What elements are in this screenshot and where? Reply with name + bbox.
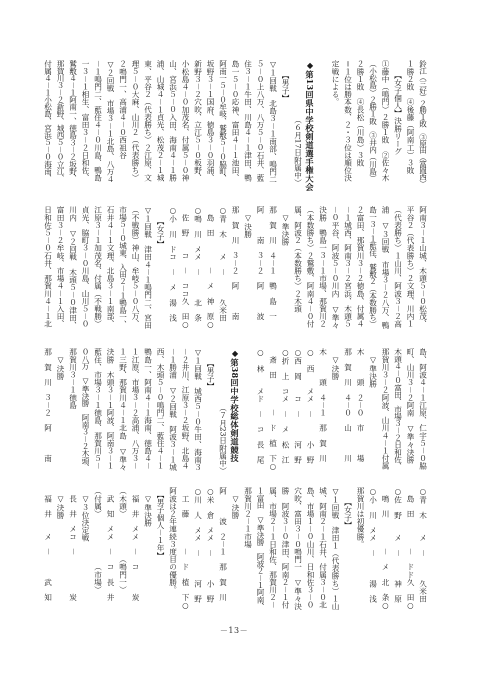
text-column: ▽１回戦 北島３－１南部、鳴門二 [266, 60, 279, 186]
text-column: 小松島４－０加茂名、付属５－０神 [179, 60, 192, 186]
text-column: ２富田、那賀川３－２徳島、付属４ [354, 206, 367, 332]
text-column: 日和佐５－０石井、那賀川４－１北 [41, 206, 54, 332]
match-result: 那 賀 川 ４－０ 山 川 [341, 348, 354, 474]
bout-line: ○ 西 メメ － 小 野 [304, 348, 317, 474]
bout-line: 工 藤 － ド 植 下○ [179, 487, 192, 613]
round-label: ▽決勝 [229, 487, 242, 613]
text-column: 藍住、市場３－１徳島、那賀川５－ [91, 348, 104, 474]
text-column: 石井４－１文理、北島３－１南部、 [104, 206, 117, 332]
text-column: 平谷２（代表勝ち）２文理、川内１ [404, 206, 417, 332]
match-result: 那 賀 川 ３－２ 阿 南 [229, 206, 242, 332]
category-label: 【女子】 [341, 487, 354, 613]
text-column: 町、山川３－２阿南 ▽準々決勝 [404, 348, 417, 474]
round-label: ▽決勝 [329, 348, 342, 474]
text-column: ▽１回戦 城西５－０牛田、海南３ [191, 348, 204, 474]
text-column: （本数勝ち）２鷲敷、阿南４－０付 [304, 206, 317, 332]
text-column: －０平谷、阿波５－０川内 ▽準々 [329, 206, 342, 332]
blank-column: ​ [241, 348, 254, 474]
bout-line: 福 井 メメ － コ 炭 [129, 487, 142, 613]
text-column: １江原、市場３－２高浦、八万３－ [129, 348, 142, 474]
text-column: 西、木頭５－０鳴門二、藍住４－１ [154, 348, 167, 474]
text-column: 穴吹、富田３－０鳴門一 ▽準々決 [291, 487, 304, 613]
blank-column: ​ [316, 60, 329, 186]
text-column: 阿南一５－０牟岐、鷲敷５－０脇町、 [216, 60, 229, 186]
text-column: 島一５－０応神、富田４－１池田、 [229, 60, 242, 186]
text-column: 那賀川２－１市場 [241, 487, 254, 613]
round-label: ▽決勝 [241, 206, 254, 332]
bout-line: 鳴 川 － メ 北 条○ [379, 487, 392, 613]
category-label: 【男子】 [279, 60, 292, 186]
bout-line: 島 田 － ドド久 田○ [404, 487, 417, 613]
text-column: （代表勝ち）１山川、阿波３－２高 [391, 206, 404, 332]
school-affiliation-line: （木頭） （鳴門一） [116, 487, 129, 613]
text-column: １勝２敗 ④後藤（阿南工）３敗 [404, 60, 417, 186]
tier-2: 阿南３－１山城、木頭５－０松茂、 平谷２（代表勝ち）２文理、川内１ （代表勝ち）… [41, 206, 429, 332]
text-column: 貞光、脇町３－０川島、山川５－０ [79, 206, 92, 332]
text-column: 那賀川３－２新野、城西５－０立江、 [54, 60, 67, 186]
bout-line: ○鳴 川 メメ － 北 条 [191, 206, 204, 332]
text-column: 理５－０大麻、山川２（代表勝ち） [129, 60, 142, 186]
text-column: ▽１回戦 津田４－１鳴門二、宮田 [141, 206, 154, 332]
bout-line: ○西 岡 コ － 河 野 [291, 348, 304, 474]
category-label: 【女子】 [154, 206, 167, 332]
round-label: ▽決勝 [54, 487, 67, 613]
text-column: 付属４－１小松島、宮浜５－０海南、 [41, 60, 54, 186]
bout-line: 武 知 メメ － コ 長 井 [104, 487, 117, 613]
text-column: 阿南３－１山城、木頭５－０松茂、 [416, 206, 429, 332]
text-column: 東、平谷２（代表勝ち）２江原、文 [141, 60, 154, 186]
match-result: 阿 南 ３－２ 阿 波 [254, 206, 267, 332]
text-column: 江原３－１加茂名、付属（不戦勝） [91, 206, 104, 332]
match-result: 阿 波 ２－１ 那 賀 川 [216, 487, 229, 613]
text-column: －１鳴門二、藍住４－０川島、鴨島 [91, 60, 104, 186]
text-column: ２勝１敗 ④長松（川島）３敗 [354, 60, 367, 186]
text-column: 坂野３－１国府、徳島３－０羽浦、 [204, 60, 217, 186]
text-column: ２鳴門一、高浦４－０西祖谷 [116, 60, 129, 186]
bout-line: ○佐 野 メ － 神 原 [391, 487, 404, 613]
text-column: 鈴江（三好）２勝１敗 ③原田（富岡西） [416, 60, 429, 186]
match-result: 木 頭 ４－１ 那 賀 川 [316, 348, 329, 474]
text-column: 木頭４－０富田、市場３－２日和佐、 [391, 348, 404, 474]
bout-line: 斎 田 － ド 植 下○ [266, 348, 279, 474]
text-column: 一３－１相生、富田３－２日和佐、 [79, 60, 92, 186]
text-column: ▽２回戦 市場３－１北島、八万４ [104, 60, 117, 186]
text-column: 川内 ▽２回戦 木頭５－０津田、 [66, 206, 79, 332]
dateline: （７月23日附属中） [216, 348, 229, 474]
text-column: －１城西、阿南３－２宮浜、木頭５ [341, 206, 354, 332]
text-column: 山、宮浜５－０入田、海南４－１勝 [166, 60, 179, 186]
bout-line: ○川 人 メメ － 河 野 [191, 487, 204, 613]
text-column: １富田 ▽準決勝 阿波２－１阿南、 [254, 487, 267, 613]
bout-line: ○米 倉 メメ － 小 野 [204, 487, 217, 613]
text-column: 決勝 鴨島一３－１市場、那賀川２ [316, 206, 329, 332]
text-column: 那賀川３－２阿波、山川４－１付属 [379, 348, 392, 474]
text-column: ①藤中（鳴門）２勝１敗 ②佐々木 [379, 60, 392, 186]
bout-line: ○ 林 メド － コ 長 尾 [254, 348, 267, 474]
text-column: 那賀川３－１徳島 [66, 348, 79, 474]
page-number: －13－ [210, 625, 258, 636]
bout-line: 福 井 メ － 武 知 [41, 487, 54, 613]
bout-line: 島 田 － メ 神 原○ [204, 206, 217, 332]
text-column: ▽１回戦 津田１（代表勝ち）１山 [329, 487, 342, 613]
bout-line: ○小 川 ドコ － メ 湯 浅 [166, 206, 179, 332]
bout-line: ○小 川 メメ － 湯 浅 [366, 487, 379, 613]
dateline: （６月17日附属中） [291, 60, 304, 186]
round-label: ▽準決勝 [279, 206, 292, 332]
match-result: 木 頭 ２－０ 市 場 [354, 348, 367, 474]
text-column: 定戦による。 [329, 60, 342, 186]
bout-line: ○折 上 コメ － メ 松 江 [279, 348, 292, 474]
text-column: 島一３－１藍住、鷲敷２（本数勝ち） [366, 206, 379, 332]
match-result: 那 賀 川 ３－２ 阿 南 [41, 348, 54, 474]
text-column: 勝 阿波３－０津田、阿南２－１付 [279, 487, 292, 613]
text-column: 島、阿波４－１江原、仁宇５－０脇 [416, 348, 429, 474]
round-label: ▽３位決定戦 [79, 487, 92, 613]
text-column: －２井川、江原３－２坂野、北島４ [179, 348, 192, 474]
text-column: １三野、那賀川４－１北島 ▽準々 [116, 348, 129, 474]
tier-1: 鈴江（三好）２勝１敗 ③原田（富岡西） １勝２敗 ④後藤（阿南工）３敗 【女子個… [41, 60, 429, 186]
text-column: 鴨島一、阿南４－１海南、徳島４－ [141, 348, 154, 474]
text-column: 住３－１牛田、川島４－１津田、鴨 [241, 60, 254, 186]
text-column: 富田３－２牟岐、市場４－１入田、 [54, 206, 67, 332]
text-column: （小松島）２勝１敗 ③井内（川島） [366, 60, 379, 186]
text-column: 属、市場２－１日和佐、那賀川２－ [266, 487, 279, 613]
text-column: 浦、山城４－１貞光、松茂２－１城 [154, 60, 167, 186]
section-heading: ◆第13回県中学校剣道選手権大会 [304, 60, 317, 186]
result-note: 阿波は２年連続３度目の優勝。 [166, 487, 179, 613]
category-label: 【男子個人－１年】 [154, 487, 167, 613]
text-column: 城、阿南２－１石井、付属３－０北 [316, 487, 329, 613]
bout-line: ○青 木 メ － 久米田 [216, 206, 229, 332]
result-note: 那賀川は初優勝。 [354, 487, 367, 613]
text-column: －１勝浦 ▽２回戦 阿波３－１城 [166, 348, 179, 474]
tier-3: 島、阿波４－１江原、仁宇５－０脇 町、山川３－２阿南 ▽準々決勝 木頭４－０富田… [41, 348, 429, 474]
text-column: 新野３－２穴吹、立江５－０板野、 [191, 60, 204, 186]
bout-line: ○青 木 メ － 久米田 [416, 487, 429, 613]
text-column: 市場５－０城東、入田２－１鴨島一、 [116, 206, 129, 332]
bout-line: 佐 野 コ － ココ久 田○ [179, 206, 192, 332]
text-column: 属、阿波２（本数勝ち）２木頭 [291, 206, 304, 332]
text-column: 鷲敷４－１阿南一、徳島３－２坂野、 [66, 60, 79, 186]
text-column: ０八万 ▽準決勝 阿南３－２木頭、 [79, 348, 92, 474]
round-label: ▽準決勝 [366, 348, 379, 474]
text-column: ５－０上八万、八万５－０石井、藍 [254, 60, 267, 186]
text-column: ＝１位は勝本数、２・３位は順位決 [341, 60, 354, 186]
category-label: 【男子】 [204, 348, 217, 474]
text-column: 浦 ▽３回戦 市場３－２八万、鴨 [379, 206, 392, 332]
round-label: ▽準決勝 [141, 487, 154, 613]
bout-line: 長 井 メコ － 炭 [66, 487, 79, 613]
section-heading: ◆第38回中学校総体剣道競技 [229, 348, 242, 474]
round-label: ▽決勝 [54, 348, 67, 474]
tier-4: ○青 木 メ － 久米田 島 田 － ドド久 田○ ○佐 野 メ － 神 原 鳴… [41, 487, 429, 613]
category-label: 【女子個人】決勝リーグ [391, 60, 404, 186]
match-result: 那 賀 川 ４－１ 鴨 島 一 [266, 206, 279, 332]
text-column: 島、市場１－０山川、日和佐３－０ [304, 487, 317, 613]
text-column: 決勝 木頭３－１阿波、阿南３－１ [104, 348, 117, 474]
school-affiliation-line: （付属） （市場） [91, 487, 104, 613]
text-column: （不戦勝）神山、牟岐５－０八万、 [129, 206, 142, 332]
